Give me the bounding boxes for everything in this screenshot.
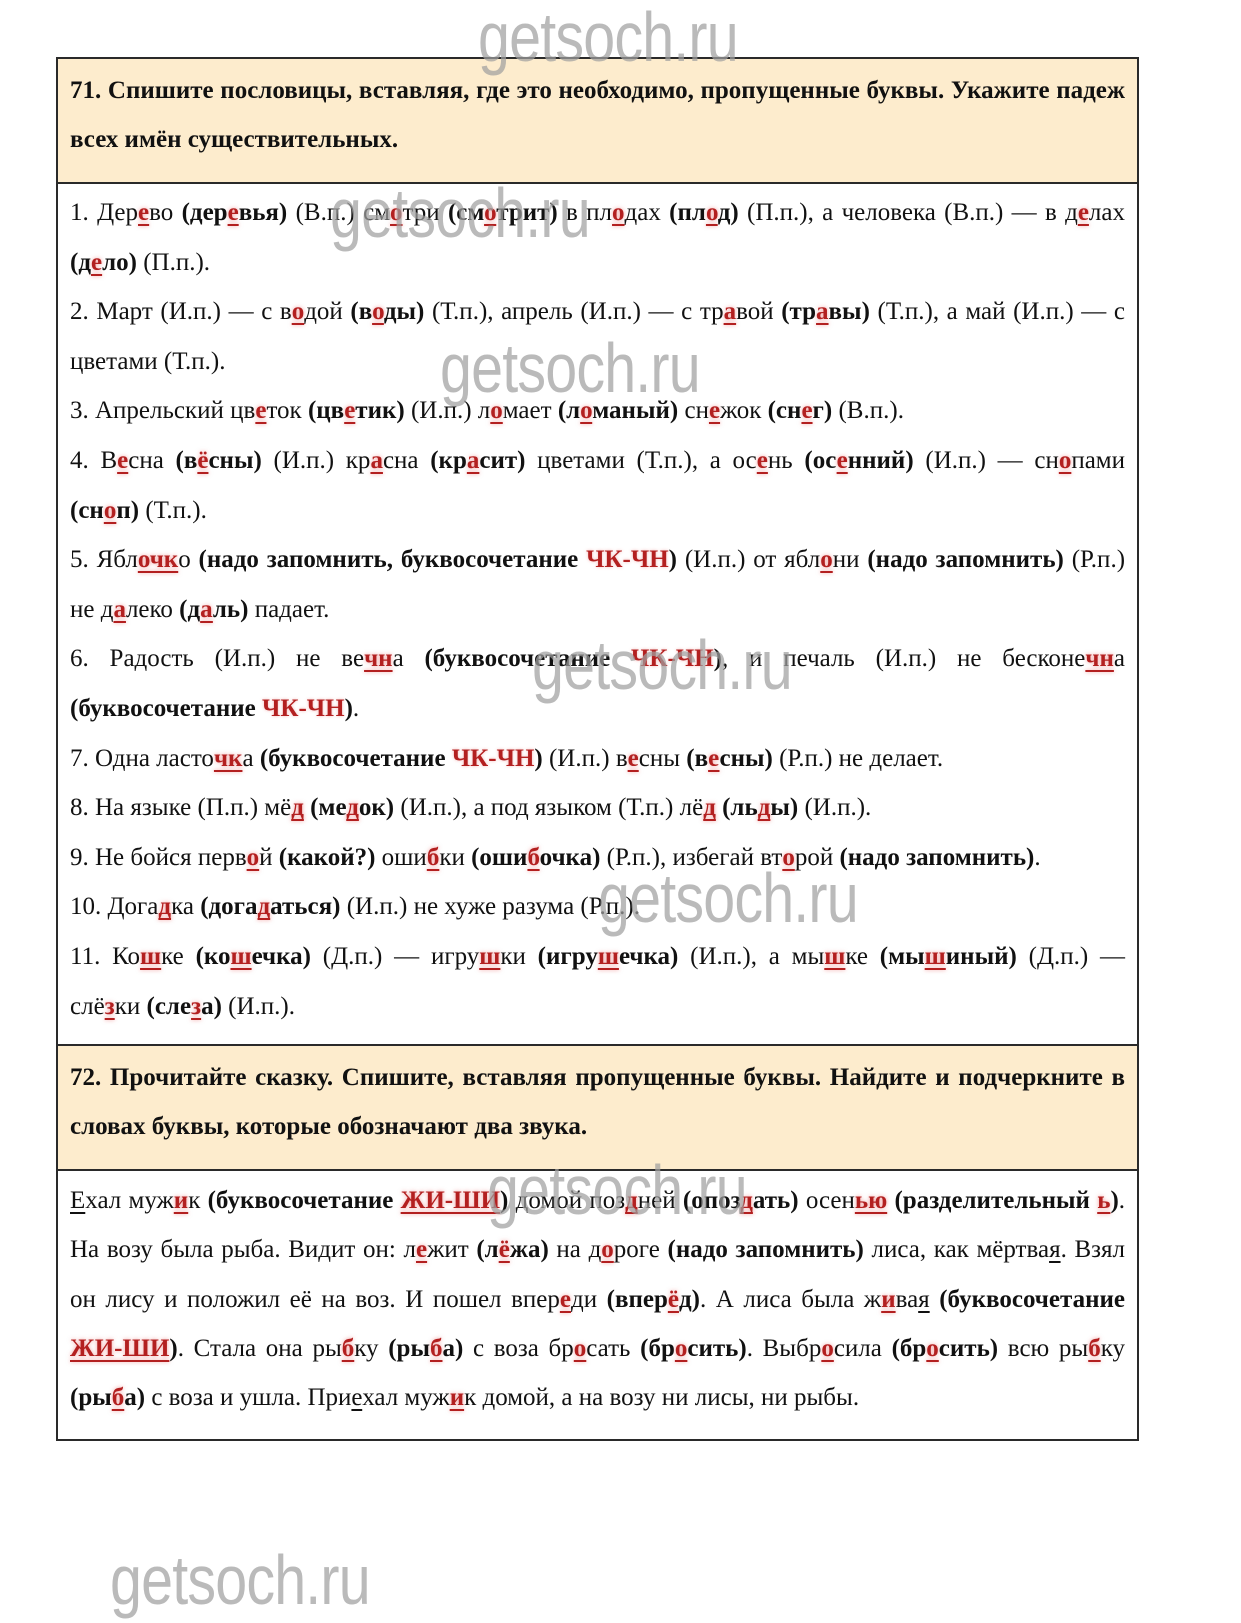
inserted-letter: е	[757, 447, 768, 474]
inserted-letter: е	[709, 397, 720, 424]
inserted-letter: ё	[499, 1236, 510, 1263]
exercise-72-story: Ехал мужик (буквосочетание ЖИ-ШИ) домой …	[58, 1169, 1137, 1439]
exercise-71-number: 71.	[70, 77, 101, 104]
hint: (вёсны)	[176, 447, 262, 474]
hint: (буквосочетание ЧК-ЧН)	[424, 645, 721, 672]
inserted-letter: очк	[138, 546, 178, 573]
proverb-item: 9. Не бойся первой (какой?) ошибки (ошиб…	[70, 833, 1125, 883]
exercise-sheet: 71. Спишите пословицы, вставляя, где это…	[56, 57, 1139, 1441]
inserted-letter: о	[601, 1236, 614, 1263]
inserted-letter: з	[105, 993, 115, 1020]
hint: (мышиный)	[880, 943, 1017, 970]
inserted-letter: о	[372, 298, 384, 325]
hint: (надо запомнить)	[839, 844, 1034, 871]
hint: (медок)	[310, 794, 394, 821]
hint: (бросить)	[640, 1335, 747, 1362]
proverb-item: 6. Радость (И.п.) не вечна (буквосочетан…	[70, 634, 1125, 733]
hint: (плод)	[669, 199, 739, 226]
inserted-letter: з	[191, 993, 201, 1020]
inserted-letter: е	[801, 397, 812, 424]
exercise-71-answers: 1. Дерево (деревья) (В.п.) смотри (смотр…	[58, 182, 1137, 1044]
hint: (ошибочка)	[471, 844, 600, 871]
inserted-letter: д	[703, 794, 716, 821]
inserted-letter: е	[344, 397, 355, 424]
proverb-item: 2. Март (И.п.) — с водой (воды) (Т.п.), …	[70, 287, 1125, 386]
inserted-letter: е	[560, 1286, 571, 1313]
inserted-letter: е	[837, 447, 848, 474]
inserted-letter: б	[527, 844, 539, 871]
inserted-letter: о	[390, 199, 403, 226]
exercise-72-task: 72. Прочитайте сказку. Спишите, вставляя…	[58, 1044, 1137, 1169]
hint: (надо запомнить, буквосочетание ЧК-ЧН)	[199, 546, 677, 573]
hint: (какой?)	[279, 844, 376, 871]
two-sound-letter: я	[1049, 1236, 1061, 1263]
inserted-letter: ш	[479, 943, 500, 970]
hint: (сноп)	[70, 497, 139, 524]
inserted-letter: о	[292, 298, 305, 325]
exercise-71-task-text: Спишите пословицы, вставляя, где это нео…	[70, 77, 1125, 153]
hint: (дело)	[70, 249, 137, 276]
hint: (воды)	[350, 298, 424, 325]
hint: (кошечка)	[196, 943, 311, 970]
two-sound-letter: е	[351, 1384, 362, 1411]
inserted-letter: о	[574, 1335, 587, 1362]
hint: (слеза)	[147, 993, 222, 1020]
inserted-letter: д	[625, 1187, 638, 1214]
inserted-letter: о	[706, 199, 718, 226]
hint: (цветик)	[308, 397, 405, 424]
letter-combination: ЧК-ЧН	[452, 745, 535, 772]
inserted-letter: и	[450, 1384, 464, 1411]
proverb-item: 7. Одна ласточка (буквосочетание ЧК-ЧН) …	[70, 734, 1125, 784]
hint: (вперёд)	[607, 1286, 700, 1313]
inserted-letter: о	[926, 1335, 939, 1362]
inserted-letter: о	[490, 397, 503, 424]
hint: (рыба)	[388, 1335, 463, 1362]
proverb-item: 1. Дерево (деревья) (В.п.) смотри (смотр…	[70, 188, 1125, 287]
hint: (бросить)	[892, 1335, 999, 1362]
inserted-letter: д	[346, 794, 359, 821]
inserted-letter: е	[255, 397, 266, 424]
inserted-letter: о	[820, 546, 833, 573]
inserted-letter: д	[291, 794, 304, 821]
inserted-letter: о	[104, 497, 117, 524]
letter-combination: ЧК-ЧН	[586, 546, 669, 573]
inserted-letter: ш	[140, 943, 161, 970]
inserted-letter: д	[758, 794, 771, 821]
hint: (буквосочетание ЧК-ЧН)	[70, 695, 353, 722]
inserted-letter: а	[370, 447, 383, 474]
proverb-item: 8. На языке (П.п.) мёд (медок) (И.п.), а…	[70, 783, 1125, 833]
inserted-letter: е	[416, 1236, 427, 1263]
inserted-letter: о	[612, 199, 625, 226]
inserted-letter: ш	[925, 943, 946, 970]
inserted-letter: б	[112, 1384, 125, 1411]
inserted-letter: е	[228, 199, 239, 226]
two-sound-letter: Е	[70, 1187, 85, 1214]
inserted-letter: е	[117, 447, 128, 474]
inserted-letter: чн	[364, 645, 393, 672]
hint: (травы)	[781, 298, 870, 325]
exercise-71-task: 71. Спишите пословицы, вставляя, где это…	[58, 59, 1137, 182]
inserted-letter: ш	[824, 943, 845, 970]
inserted-letter: е	[708, 745, 719, 772]
inserted-letter: ё	[197, 447, 208, 474]
two-sound-letter: я	[918, 1286, 930, 1313]
hint: (надо запомнить)	[867, 546, 1064, 573]
hint: (снег)	[768, 397, 833, 424]
proverb-item: 4. Весна (вёсны) (И.п.) красна (красит) …	[70, 436, 1125, 535]
inserted-letter: ью	[855, 1187, 887, 1214]
inserted-letter: е	[628, 745, 639, 772]
inserted-letter: и	[881, 1286, 895, 1313]
inserted-letter: б	[342, 1335, 355, 1362]
inserted-letter: б	[430, 1335, 443, 1362]
inserted-letter: о	[484, 199, 496, 226]
hint: (опоздать)	[683, 1187, 799, 1214]
inserted-letter: д	[258, 893, 271, 920]
inserted-letter: а	[724, 298, 737, 325]
hint: (весны)	[686, 745, 773, 772]
inserted-letter: б	[427, 844, 440, 871]
proverb-item: 11. Кошке (кошечка) (Д.п.) — игрушки (иг…	[70, 932, 1125, 1031]
inserted-letter: д	[740, 1187, 753, 1214]
inserted-letter: б	[1088, 1335, 1101, 1362]
inserted-letter: а	[467, 447, 480, 474]
inserted-letter: о	[821, 1335, 834, 1362]
proverb-item: 3. Апрельский цветок (цветик) (И.п.) лом…	[70, 386, 1125, 436]
hint: (разделительный ь)	[894, 1187, 1118, 1214]
hint: (ломаный)	[558, 397, 678, 424]
inserted-letter: д	[158, 893, 171, 920]
hint: (буквосочетание ЧК-ЧН)	[260, 745, 543, 772]
hint: (даль)	[179, 596, 248, 623]
inserted-letter: е	[1078, 199, 1089, 226]
hint: (осенний)	[804, 447, 913, 474]
inserted-letter: чн	[1085, 645, 1114, 672]
inserted-letter: ш	[598, 943, 619, 970]
proverb-item: 10. Догадка (догадаться) (И.п.) не хуже …	[70, 882, 1125, 932]
inserted-letter: ш	[230, 943, 251, 970]
exercise-72-number: 72.	[70, 1064, 101, 1091]
inserted-letter: ЖИ-ШИ	[401, 1187, 500, 1214]
hint: (льды)	[722, 794, 798, 821]
inserted-letter: чк	[214, 745, 243, 772]
letter-combination: ЧК-ЧН	[631, 645, 714, 672]
inserted-letter: и	[174, 1187, 188, 1214]
hint: (буквосочетание ЖИ-ШИ)	[208, 1187, 509, 1214]
hint: (рыба)	[70, 1384, 145, 1411]
inserted-letter: о	[247, 844, 260, 871]
inserted-letter: о	[1059, 447, 1072, 474]
inserted-letter: о	[580, 397, 592, 424]
inserted-letter: е	[91, 249, 102, 276]
hint: (лёжа)	[476, 1236, 548, 1263]
inserted-letter: о	[782, 844, 795, 871]
hint: (догадаться)	[200, 893, 340, 920]
inserted-letter: а	[200, 596, 213, 623]
proverb-item: 5. Яблочко (надо запомнить, буквосочетан…	[70, 535, 1125, 634]
exercise-72-task-text: Прочитайте сказку. Спишите, вставляя про…	[70, 1064, 1125, 1140]
inserted-letter: о	[675, 1335, 688, 1362]
hint: (игрушечка)	[538, 943, 679, 970]
hint: (деревья)	[182, 199, 288, 226]
inserted-letter: ё	[668, 1286, 679, 1313]
inserted-letter: а	[816, 298, 829, 325]
hint: (смотрит)	[448, 199, 558, 226]
hint: (красит)	[430, 447, 525, 474]
letter-combination: ЧК-ЧН	[262, 695, 345, 722]
hint: (надо запомнить)	[668, 1236, 864, 1263]
inserted-letter: е	[138, 199, 149, 226]
watermark: getsoch.ru	[110, 1545, 370, 1615]
inserted-letter: ЖИ-ШИ	[70, 1335, 169, 1362]
inserted-letter: ь	[1097, 1187, 1110, 1214]
inserted-letter: а	[113, 596, 126, 623]
